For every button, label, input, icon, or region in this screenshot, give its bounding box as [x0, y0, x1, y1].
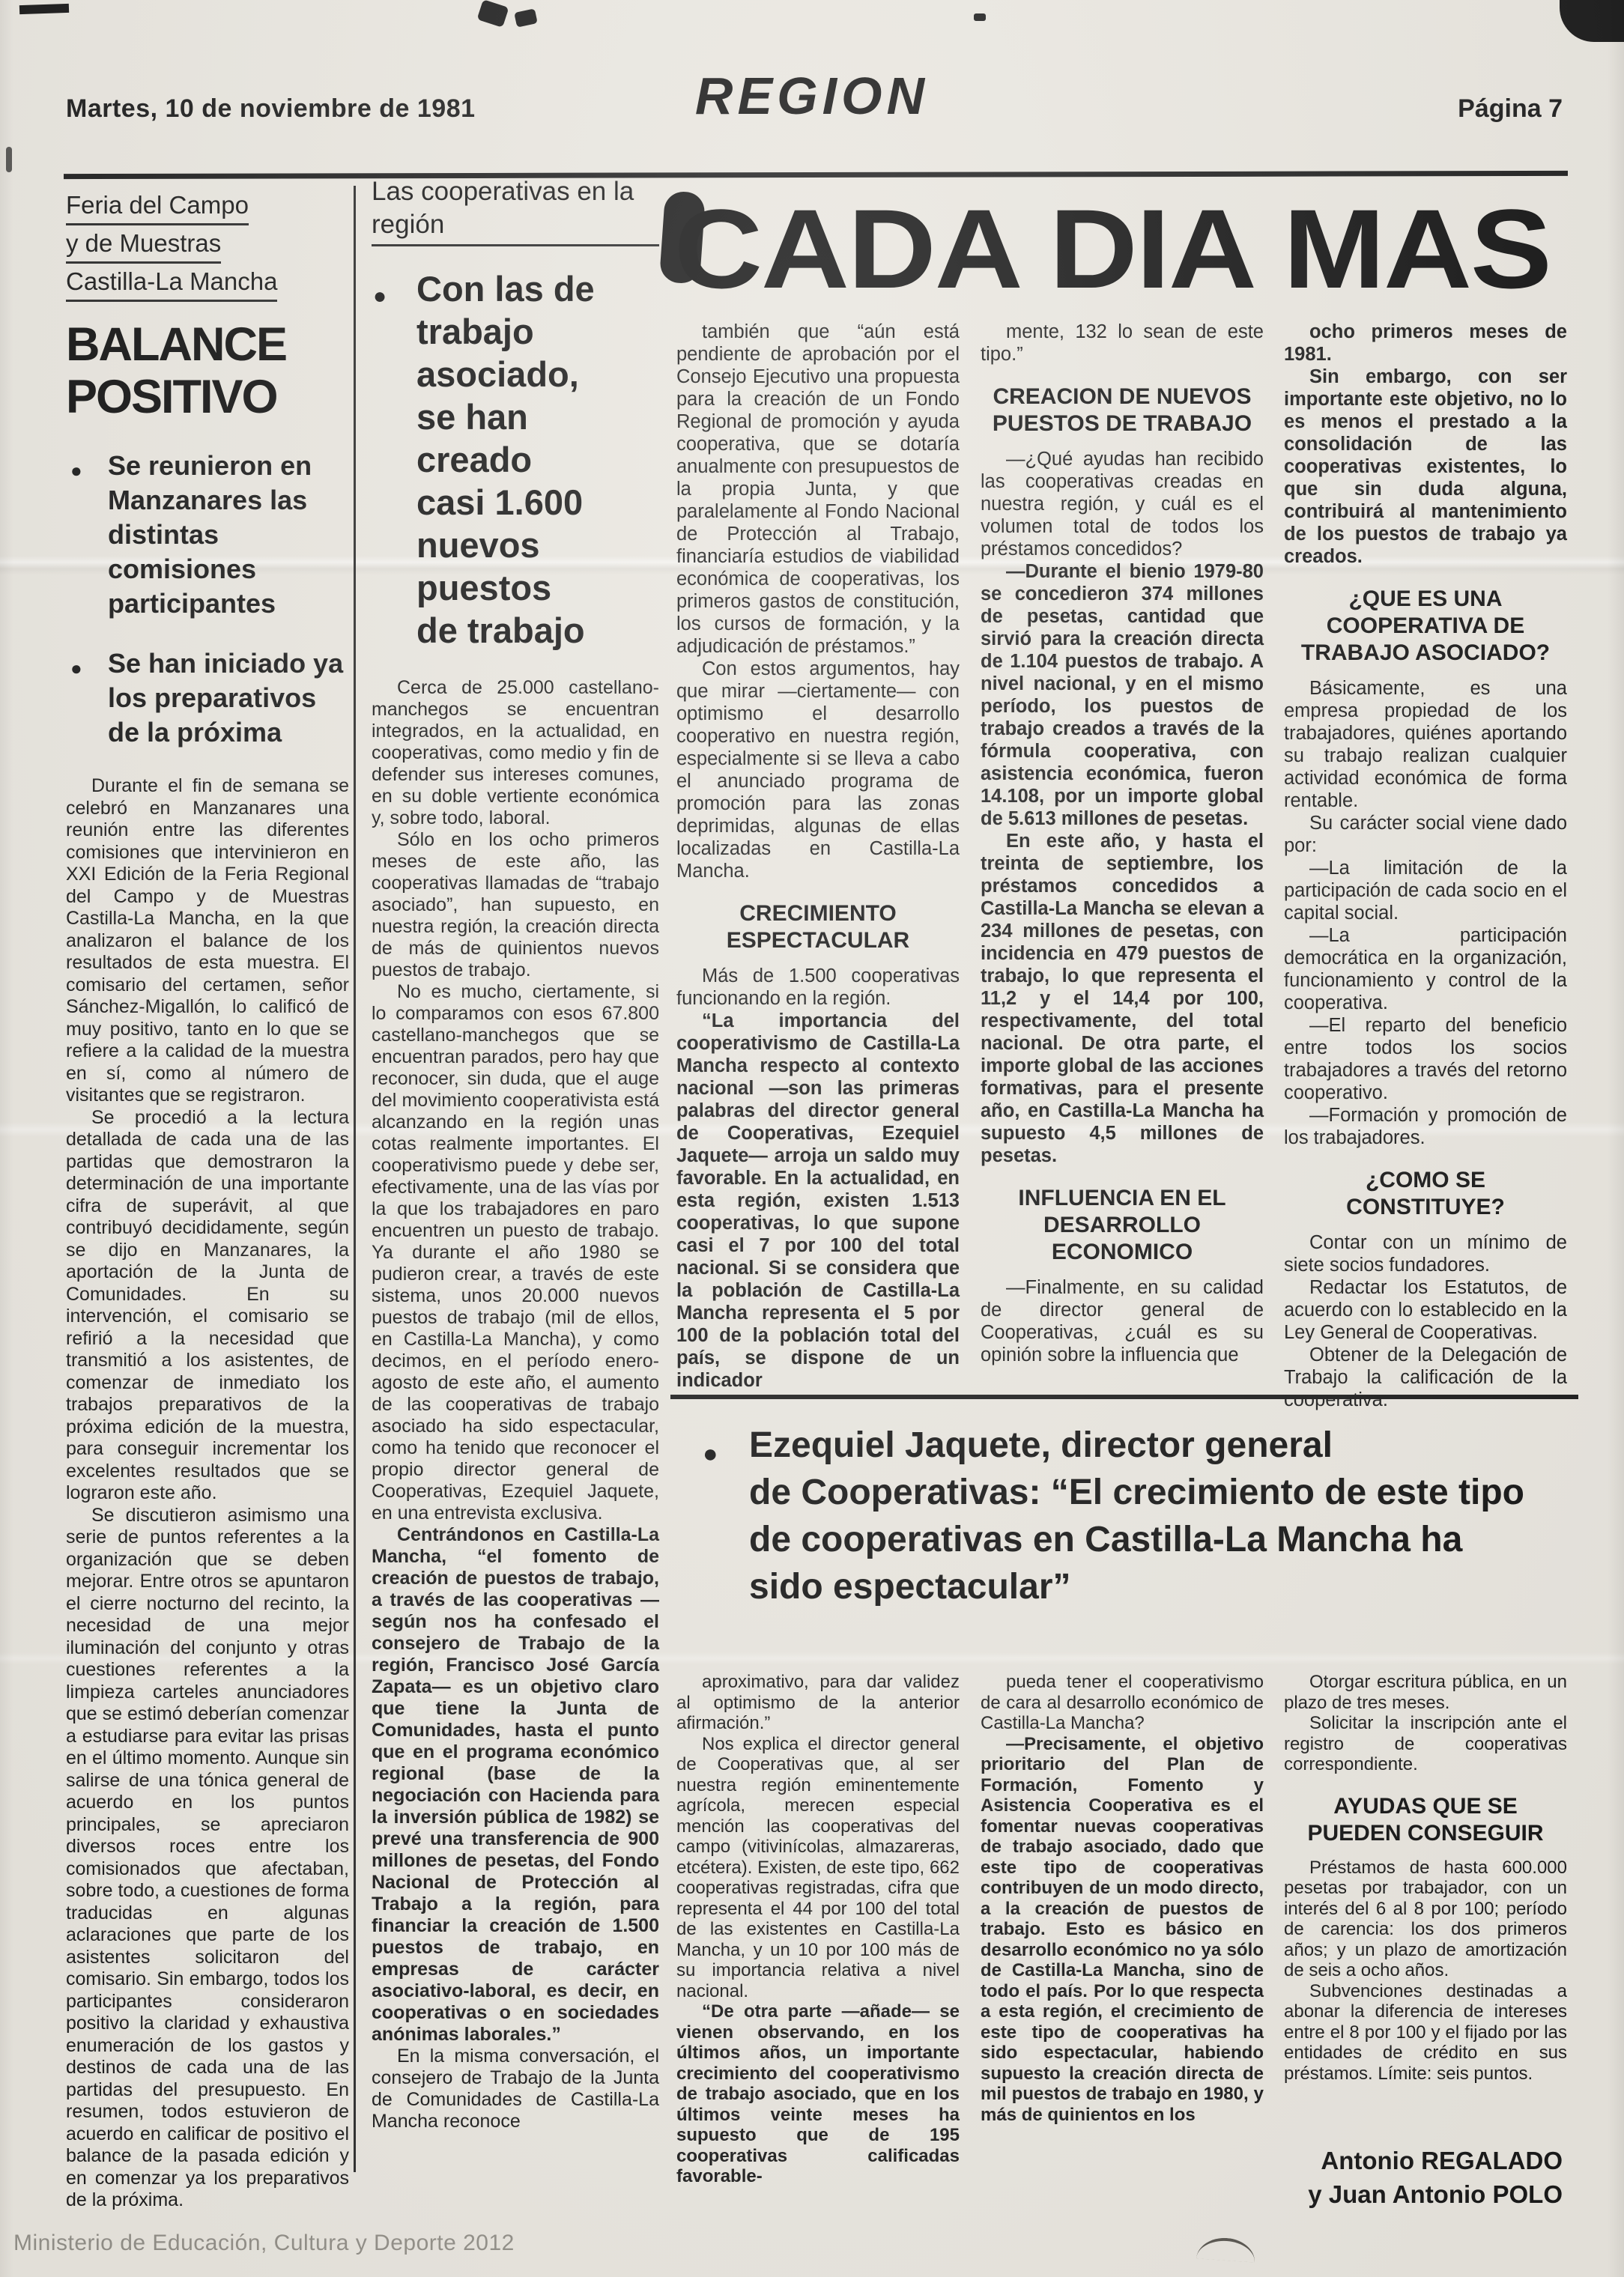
- pull-quote-rule: [670, 1395, 1578, 1399]
- body-paragraph: “De otra parte —añade— se vienen observa…: [676, 2001, 960, 2187]
- column-subheading: ¿QUE ES UNA COOPERATIVA DE TRABAJO ASOCI…: [1284, 586, 1567, 667]
- column-subheading: CREACION DE NUEVOS PUESTOS DE TRABAJO: [981, 383, 1264, 437]
- body-paragraph: y de Muestras: [66, 227, 221, 264]
- article-body-left: Durante el fin de semana se celebró en M…: [66, 775, 349, 2212]
- scan-mark: [6, 147, 12, 172]
- article-bottom-column-2: pueda tener el cooperativismo de cara al…: [981, 1672, 1264, 2125]
- body-paragraph: —Finalmente, en su calidad de director g…: [981, 1276, 1264, 1366]
- article-column-4: mente, 132 lo sean de este tipo.”CREACIO…: [981, 321, 1264, 1366]
- body-paragraph: En la misma conversación, el consejero d…: [372, 2046, 659, 2132]
- body-paragraph: mente, 132 lo sean de este tipo.”: [981, 321, 1264, 366]
- scan-mark: [974, 13, 986, 21]
- body-paragraph: ocho primeros meses de 1981.: [1284, 321, 1567, 366]
- body-paragraph: Se reunieron en Manzanares las distintas…: [66, 449, 349, 621]
- body-paragraph: Sin embargo, con ser importante este obj…: [1284, 366, 1567, 568]
- headline-balance-positivo: BALANCEPOSITIVO: [66, 318, 349, 423]
- kicker-feria-del-campo: Feria del Campoy de MuestrasCastilla-La …: [66, 189, 349, 302]
- article-body-intro: Cerca de 25.000 castellano-manchegos se …: [372, 677, 659, 2132]
- scan-pen-mark: [1196, 2236, 1256, 2262]
- summary-bullet-list: Se reunieron en Manzanares las distintas…: [66, 449, 349, 750]
- subheadline-trabajo-asociado: Con las detrabajoasociado,se hancreadoca…: [372, 267, 659, 652]
- body-paragraph: pueda tener el cooperativismo de cara al…: [981, 1672, 1264, 1734]
- body-paragraph: Subvenciones destinadas a abonar la dife…: [1284, 1981, 1567, 2085]
- body-paragraph: Su carácter social viene dado por:: [1284, 812, 1567, 857]
- body-paragraph: Con estos argumentos, hay que mirar —cie…: [676, 658, 960, 882]
- body-paragraph: —El reparto del beneficio entre todos lo…: [1284, 1014, 1567, 1104]
- body-paragraph: Básicamente, es una empresa propiedad de…: [1284, 677, 1567, 812]
- body-paragraph: —La limitación de la participación de ca…: [1284, 857, 1567, 924]
- body-paragraph: Más de 1.500 cooperativas funcionando en…: [676, 965, 960, 1010]
- body-paragraph: Se procedió a la lectura detallada de ca…: [66, 1107, 349, 1505]
- body-paragraph: —La participación democrática en la orga…: [1284, 924, 1567, 1014]
- body-paragraph: Se discutieron asimismo una serie de pun…: [66, 1505, 349, 2212]
- article-balance-positivo: Feria del Campoy de MuestrasCastilla-La …: [66, 189, 349, 2212]
- kicker-cooperativas: Las cooperativas en la región: [372, 175, 659, 246]
- article-bottom-column-1: aproximativo, para dar validez al optimi…: [676, 1672, 960, 2187]
- body-paragraph: Redactar los Estatutos, de acuerdo con l…: [1284, 1276, 1567, 1344]
- body-paragraph: Castilla-La Mancha: [66, 265, 277, 302]
- body-paragraph: Nos explica el director general de Coope…: [676, 1734, 960, 2002]
- article-bottom-column-3: Otorgar escritura pública, en un plazo d…: [1284, 1672, 1567, 2084]
- body-paragraph: —Durante el bienio 1979-80 se concediero…: [981, 560, 1264, 830]
- body-paragraph: Se han iniciado ya los preparativos de l…: [66, 646, 349, 750]
- page-number: Página 7: [1458, 94, 1563, 124]
- body-paragraph: Solicitar la inscripción ante el registr…: [1284, 1713, 1567, 1775]
- column-subheading: CRECIMIENTO ESPECTACULAR: [676, 900, 960, 954]
- body-paragraph: —¿Qué ayudas han recibido las cooperativ…: [981, 448, 1264, 560]
- article-column-5: ocho primeros meses de 1981.Sin embargo,…: [1284, 321, 1567, 1411]
- body-paragraph: —Precisamente, el objetivo prioritario d…: [981, 1734, 1264, 2126]
- body-paragraph: Contar con un mínimo de siete socios fun…: [1284, 1231, 1567, 1276]
- scan-mark: [19, 4, 69, 14]
- body-paragraph: Sólo en los ocho primeros meses de este …: [372, 829, 659, 981]
- column-divider-rule: [354, 186, 356, 2172]
- body-paragraph: Feria del Campo: [66, 189, 249, 225]
- scan-mark-corner: [1560, 0, 1624, 42]
- body-paragraph: Otorgar escritura pública, en un plazo d…: [1284, 1672, 1567, 1713]
- body-paragraph: Préstamos de hasta 600.000 pesetas por t…: [1284, 1858, 1567, 1981]
- body-paragraph: Cerca de 25.000 castellano-manchegos se …: [372, 677, 659, 829]
- column-subheading: INFLUENCIA EN EL DESARROLLO ECONOMICO: [981, 1185, 1264, 1266]
- body-paragraph: No es mucho, ciertamente, si lo comparam…: [372, 981, 659, 1524]
- archive-credit-footer: Ministerio de Educación, Cultura y Depor…: [13, 2231, 515, 2256]
- body-paragraph: también que “aún está pendiente de aprob…: [676, 321, 960, 658]
- newspaper-page: Martes, 10 de noviembre de 1981 REGION P…: [0, 0, 1624, 2277]
- pull-quote-ezequiel-jaquete: Ezequiel Jaquete, director generalde Coo…: [703, 1422, 1624, 1610]
- body-paragraph: Durante el fin de semana se celebró en M…: [66, 775, 349, 1107]
- body-paragraph: En este año, y hasta el treinta de septi…: [981, 830, 1264, 1167]
- column-subheading: AYUDAS QUE SE PUEDEN CONSEGUIR: [1284, 1793, 1567, 1847]
- body-paragraph: aproximativo, para dar validez al optimi…: [676, 1672, 960, 1734]
- body-paragraph: Centrándonos en Castilla-La Mancha, “el …: [372, 1524, 659, 2046]
- scan-mark: [477, 0, 509, 28]
- section-masthead: REGION: [0, 66, 1624, 126]
- headline-cada-dia-mas: CADA DIA MAS: [674, 189, 1551, 309]
- body-paragraph: —Formación y promoción de los trabajador…: [1284, 1104, 1567, 1149]
- header-rule: [64, 171, 1568, 179]
- body-paragraph: Obtener de la Delegación de Trabajo la c…: [1284, 1344, 1567, 1411]
- article-cooperativas-intro-column: Las cooperativas en la región Con las de…: [372, 175, 659, 2132]
- article-column-3: también que “aún está pendiente de aprob…: [676, 321, 960, 1392]
- body-paragraph: “La importancia del cooperativismo de Ca…: [676, 1010, 960, 1392]
- byline-authors: Antonio REGALADOy Juan Antonio POLO: [1284, 2144, 1563, 2211]
- column-subheading: ¿COMO SE CONSTITUYE?: [1284, 1167, 1567, 1221]
- scan-mark: [514, 8, 538, 27]
